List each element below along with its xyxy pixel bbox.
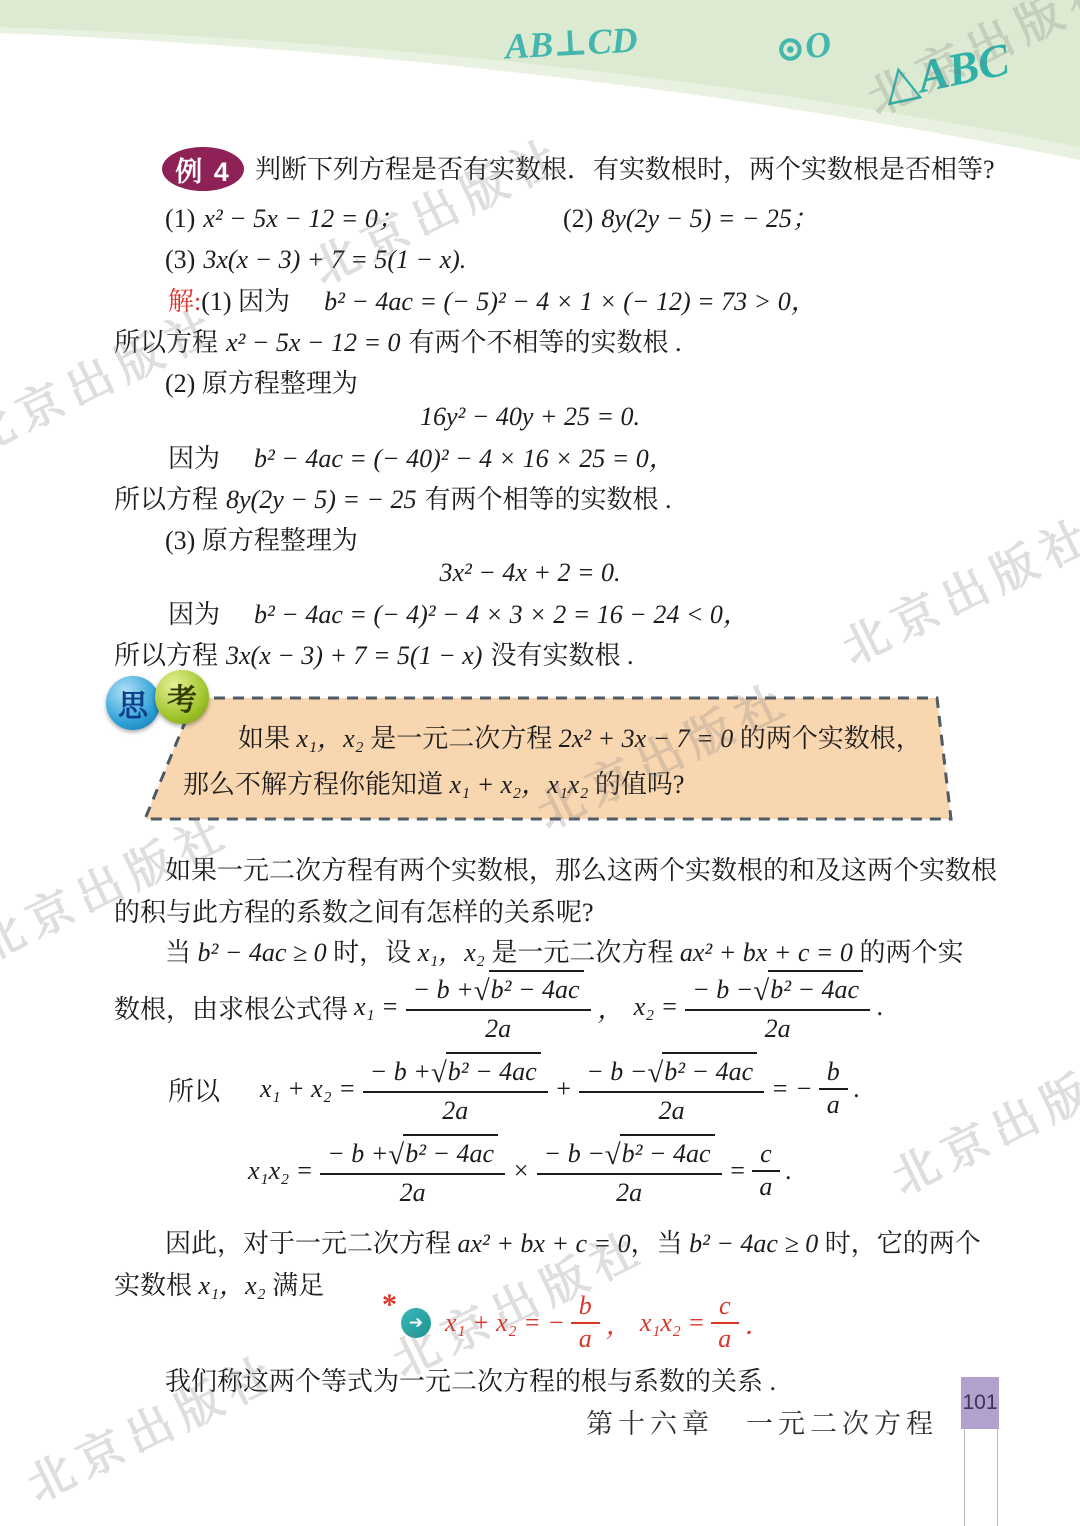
paragraph-3-line-1: 因此，对于一元二次方程 ax² + bx + c = 0，当 b² − 4ac … xyxy=(165,1228,981,1261)
period: ． xyxy=(745,1305,771,1342)
math: x² − 5x − 12 = 0 xyxy=(226,328,401,357)
watermark: 北京出版社 xyxy=(14,1335,290,1515)
footer-chapter-title: 第十六章 一元二次方程 xyxy=(586,1402,938,1441)
fraction-b-over-a: ba xyxy=(571,1292,600,1353)
equation-3-math: 3x(x − 3) + 7 = 5(1 − x). xyxy=(203,245,466,274)
solution-2-reason: 因为b² − 4ac = (− 40)² − 4 × 16 × 25 = 0， xyxy=(168,443,675,476)
solution-1-math: b² − 4ac = (− 5)² − 4 × 1 × (− 12) = 73 … xyxy=(324,287,817,316)
math: x₁，x₂ xyxy=(297,724,364,753)
text: 有两个不相等的实数根 . xyxy=(409,328,682,357)
equation-2-math: 8y(2y − 5) = − 25； xyxy=(601,204,818,233)
text: 没有实数根 . xyxy=(490,641,633,670)
text: 因为 xyxy=(168,600,220,629)
geometry-symbol-circle: ⊙O xyxy=(772,22,833,71)
period: . xyxy=(877,992,884,1022)
fraction-minus: − b − √b² − 4ac 2a xyxy=(537,1134,722,1207)
text: 因此，对于一元二次方程 xyxy=(165,1229,458,1258)
text: 是一元二次方程 xyxy=(364,724,559,753)
math: − b − xyxy=(586,1056,647,1087)
solution-3-equation: 3x² − 4x + 2 = 0. xyxy=(115,558,945,588)
text: 那么不解方程你能知道 xyxy=(183,770,450,799)
math: − b + xyxy=(413,974,474,1005)
math: b² − 4ac = (− 40)² − 4 × 16 × 25 = 0， xyxy=(254,444,675,473)
paragraph-1-line-2: 的积与此方程的系数之间有怎样的关系呢? xyxy=(114,897,594,930)
math: b² − 4ac = (− 4)² − 4 × 3 × 2 = 16 − 24 … xyxy=(254,600,749,629)
text: 时，它的两个 xyxy=(818,1229,981,1258)
radical-icon: √ xyxy=(388,1141,404,1170)
text: 是一元二次方程 xyxy=(485,938,680,967)
equation-2-label: (2) xyxy=(563,204,593,233)
math: b² − 4ac ≥ 0 xyxy=(198,938,327,967)
x1-equals: x₁ = xyxy=(354,992,399,1022)
text: 所以方程 xyxy=(114,328,218,357)
fraction-x2: − b − √b² − 4ac 2a xyxy=(685,970,870,1043)
times-sign: × xyxy=(512,1156,530,1186)
solution-3-intro: (3) 原方程整理为 xyxy=(165,525,358,558)
equals-negative: = − xyxy=(771,1074,813,1104)
denominator: a xyxy=(718,1324,731,1354)
denominator: a xyxy=(579,1324,592,1354)
text: 有两个相等的实数根 . xyxy=(425,485,672,514)
equation-1-label: (1) xyxy=(165,204,195,233)
x2-equals: x₂ = xyxy=(634,992,679,1022)
text: 所以方程 xyxy=(114,485,218,514)
equation-2: (2)8y(2y − 5) = − 25； xyxy=(563,203,826,236)
text: 的值吗? xyxy=(588,770,684,799)
math: ax² + bx + c = 0 xyxy=(680,938,853,967)
denominator: 2a xyxy=(659,1093,685,1126)
math: b² − 4ac ≥ 0 xyxy=(689,1229,818,1258)
equals-sign: = xyxy=(729,1156,747,1186)
fraction-b-over-a: ba xyxy=(819,1058,848,1119)
denominator: 2a xyxy=(442,1093,468,1126)
solution-2-conclusion: 所以方程8y(2y − 5) = − 25有两个相等的实数根 . xyxy=(114,484,672,517)
vieta-formula-highlight: * ➔ x₁ + x₂ = − ba ， x₁x₂ = ca ． xyxy=(382,1288,771,1358)
solution-label: 解: xyxy=(168,287,201,316)
period: . xyxy=(786,1156,793,1186)
solution-line-1: 解:(1) 因为b² − 4ac = (− 5)² − 4 × 1 × (− 1… xyxy=(168,286,817,319)
numerator: c xyxy=(752,1140,780,1172)
fraction-plus: − b + √b² − 4ac 2a xyxy=(363,1052,548,1125)
radical-icon: √ xyxy=(647,1059,663,1088)
product-lhs: x₁x₂ = xyxy=(248,1156,313,1186)
text: 因为 xyxy=(168,444,220,473)
text: 满足 xyxy=(266,1271,325,1300)
think-badge-right: 考 xyxy=(155,670,209,724)
numerator: c xyxy=(711,1292,739,1324)
think-text-line-2: 那么不解方程你能知道 x₁ + x₂，x₁x₂ 的值吗? xyxy=(183,764,684,801)
text: 实数根 xyxy=(114,1271,199,1300)
radicand: b² − 4ac xyxy=(768,970,863,1005)
sum-formula: x₁ + x₂ = − xyxy=(445,1308,565,1338)
numerator: b xyxy=(571,1292,600,1324)
cycle-arrow-icon: ➔ xyxy=(401,1308,431,1338)
textbook-page: AB⊥CD ⊙O △ABC 北京出版社 北京出版社 北京出版社 北京出版社 北京… xyxy=(0,0,1080,1526)
page-number: 101 xyxy=(961,1377,999,1429)
equation-1-math: x² − 5x − 12 = 0； xyxy=(203,204,404,233)
denominator: a xyxy=(827,1090,840,1120)
text: 的两个实 xyxy=(853,938,964,967)
math: − b − xyxy=(544,1138,605,1169)
equation-3: (3)3x(x − 3) + 7 = 5(1 − x). xyxy=(165,244,474,277)
denominator: 2a xyxy=(765,1011,791,1044)
math: − b + xyxy=(327,1138,388,1169)
radicand: b² − 4ac xyxy=(446,1052,541,1087)
fraction-minus: − b − √b² − 4ac 2a xyxy=(579,1052,764,1125)
denominator: 2a xyxy=(485,1011,511,1044)
fraction-c-over-a: ca xyxy=(752,1140,780,1201)
separator: ， xyxy=(606,1305,632,1342)
paragraph-1-line-1: 如果一元二次方程有两个实数根，那么这两个实数根的和及这两个实数根 xyxy=(165,855,997,888)
denominator: 2a xyxy=(616,1175,642,1208)
asterisk-marker: * xyxy=(382,1288,397,1322)
page-tab-strip xyxy=(964,1429,998,1526)
fraction-c-over-a: ca xyxy=(711,1292,739,1353)
text: 的两个实数根， xyxy=(733,724,922,753)
example-badge: 例 4 xyxy=(162,147,244,191)
math: x₁ + x₂，x₁x₂ xyxy=(450,770,589,799)
text: 所以方程 xyxy=(114,641,218,670)
root-formula-row: 数根，由求根公式得 x₁ = − b + √b² − 4ac 2a ， x₂ =… xyxy=(114,968,884,1046)
radical-icon: √ xyxy=(605,1141,621,1170)
plus-sign: + xyxy=(555,1074,573,1104)
radical-icon: √ xyxy=(753,977,769,1006)
math: − b + xyxy=(370,1056,431,1087)
example-prompt: 判断下列方程是否有实数根．有实数根时，两个实数根是否相等? xyxy=(255,154,995,187)
watermark: 北京出版社 xyxy=(829,498,1080,678)
product-formula-row: x₁x₂ = − b + √b² − 4ac 2a × − b − √b² − … xyxy=(248,1132,792,1210)
radicand: b² − 4ac xyxy=(403,1134,498,1169)
sum-formula-row: 所以 x₁ + x₂ = − b + √b² − 4ac 2a + − b − … xyxy=(168,1050,860,1128)
radicand: b² − 4ac xyxy=(620,1134,715,1169)
radicand: b² − 4ac xyxy=(662,1052,757,1087)
closing-statement: 我们称这两个等式为一元二次方程的根与系数的关系 . xyxy=(165,1366,776,1399)
radicand: b² − 4ac xyxy=(489,970,584,1005)
sum-lhs: x₁ + x₂ = xyxy=(260,1074,356,1104)
text: 当 xyxy=(165,938,198,967)
watermark: 北京出版社 xyxy=(879,1028,1080,1208)
math: x₁，x₂ xyxy=(199,1271,266,1300)
paragraph-2-line-1: 当 b² − 4ac ≥ 0 时，设 x₁，x₂ 是一元二次方程 ax² + b… xyxy=(165,937,963,970)
fraction-plus: − b + √b² − 4ac 2a xyxy=(320,1134,505,1207)
radical-icon: √ xyxy=(474,977,490,1006)
math: 8y(2y − 5) = − 25 xyxy=(226,485,417,514)
math: ax² + bx + c = 0 xyxy=(458,1229,631,1258)
paragraph-3-line-2: 实数根 x₁，x₂ 满足 xyxy=(114,1270,324,1303)
text: ，当 xyxy=(631,1229,690,1258)
text: 如果 xyxy=(238,724,297,753)
math: 2x² + 3x − 7 = 0 xyxy=(559,724,734,753)
solution-1-number: (1) 因为 xyxy=(201,287,290,316)
separator: ， xyxy=(598,989,624,1026)
equation-1: (1)x² − 5x − 12 = 0； xyxy=(165,203,412,236)
radical-icon: √ xyxy=(431,1059,447,1088)
text: 所以 xyxy=(168,1071,220,1108)
think-box xyxy=(130,688,970,828)
math: x₁，x₂ xyxy=(418,938,485,967)
solution-3-conclusion: 所以方程3x(x − 3) + 7 = 5(1 − x)没有实数根 . xyxy=(114,640,633,673)
think-text-line-1: 如果 x₁，x₂ 是一元二次方程 2x² + 3x − 7 = 0 的两个实数根… xyxy=(238,718,922,755)
geometry-symbol-perpendicular: AB⊥CD xyxy=(504,19,639,68)
period: . xyxy=(854,1074,861,1104)
solution-3-reason: 因为b² − 4ac = (− 4)² − 4 × 3 × 2 = 16 − 2… xyxy=(168,599,749,632)
math: 3x(x − 3) + 7 = 5(1 − x) xyxy=(226,641,482,670)
solution-1-conclusion: 所以方程x² − 5x − 12 = 0有两个不相等的实数根 . xyxy=(114,327,682,360)
think-badge-left: 思 xyxy=(106,676,160,730)
fraction-x1: − b + √b² − 4ac 2a xyxy=(406,970,591,1043)
product-formula: x₁x₂ = xyxy=(640,1308,705,1338)
solution-2-equation: 16y² − 40y + 25 = 0. xyxy=(115,402,945,432)
denominator: 2a xyxy=(400,1175,426,1208)
solution-2-intro: (2) 原方程整理为 xyxy=(165,368,358,401)
math: − b − xyxy=(692,974,753,1005)
denominator: a xyxy=(759,1172,772,1202)
text: 时，设 xyxy=(327,938,418,967)
numerator: b xyxy=(819,1058,848,1090)
equation-3-label: (3) xyxy=(165,245,195,274)
text: 数根，由求根公式得 xyxy=(114,989,348,1026)
